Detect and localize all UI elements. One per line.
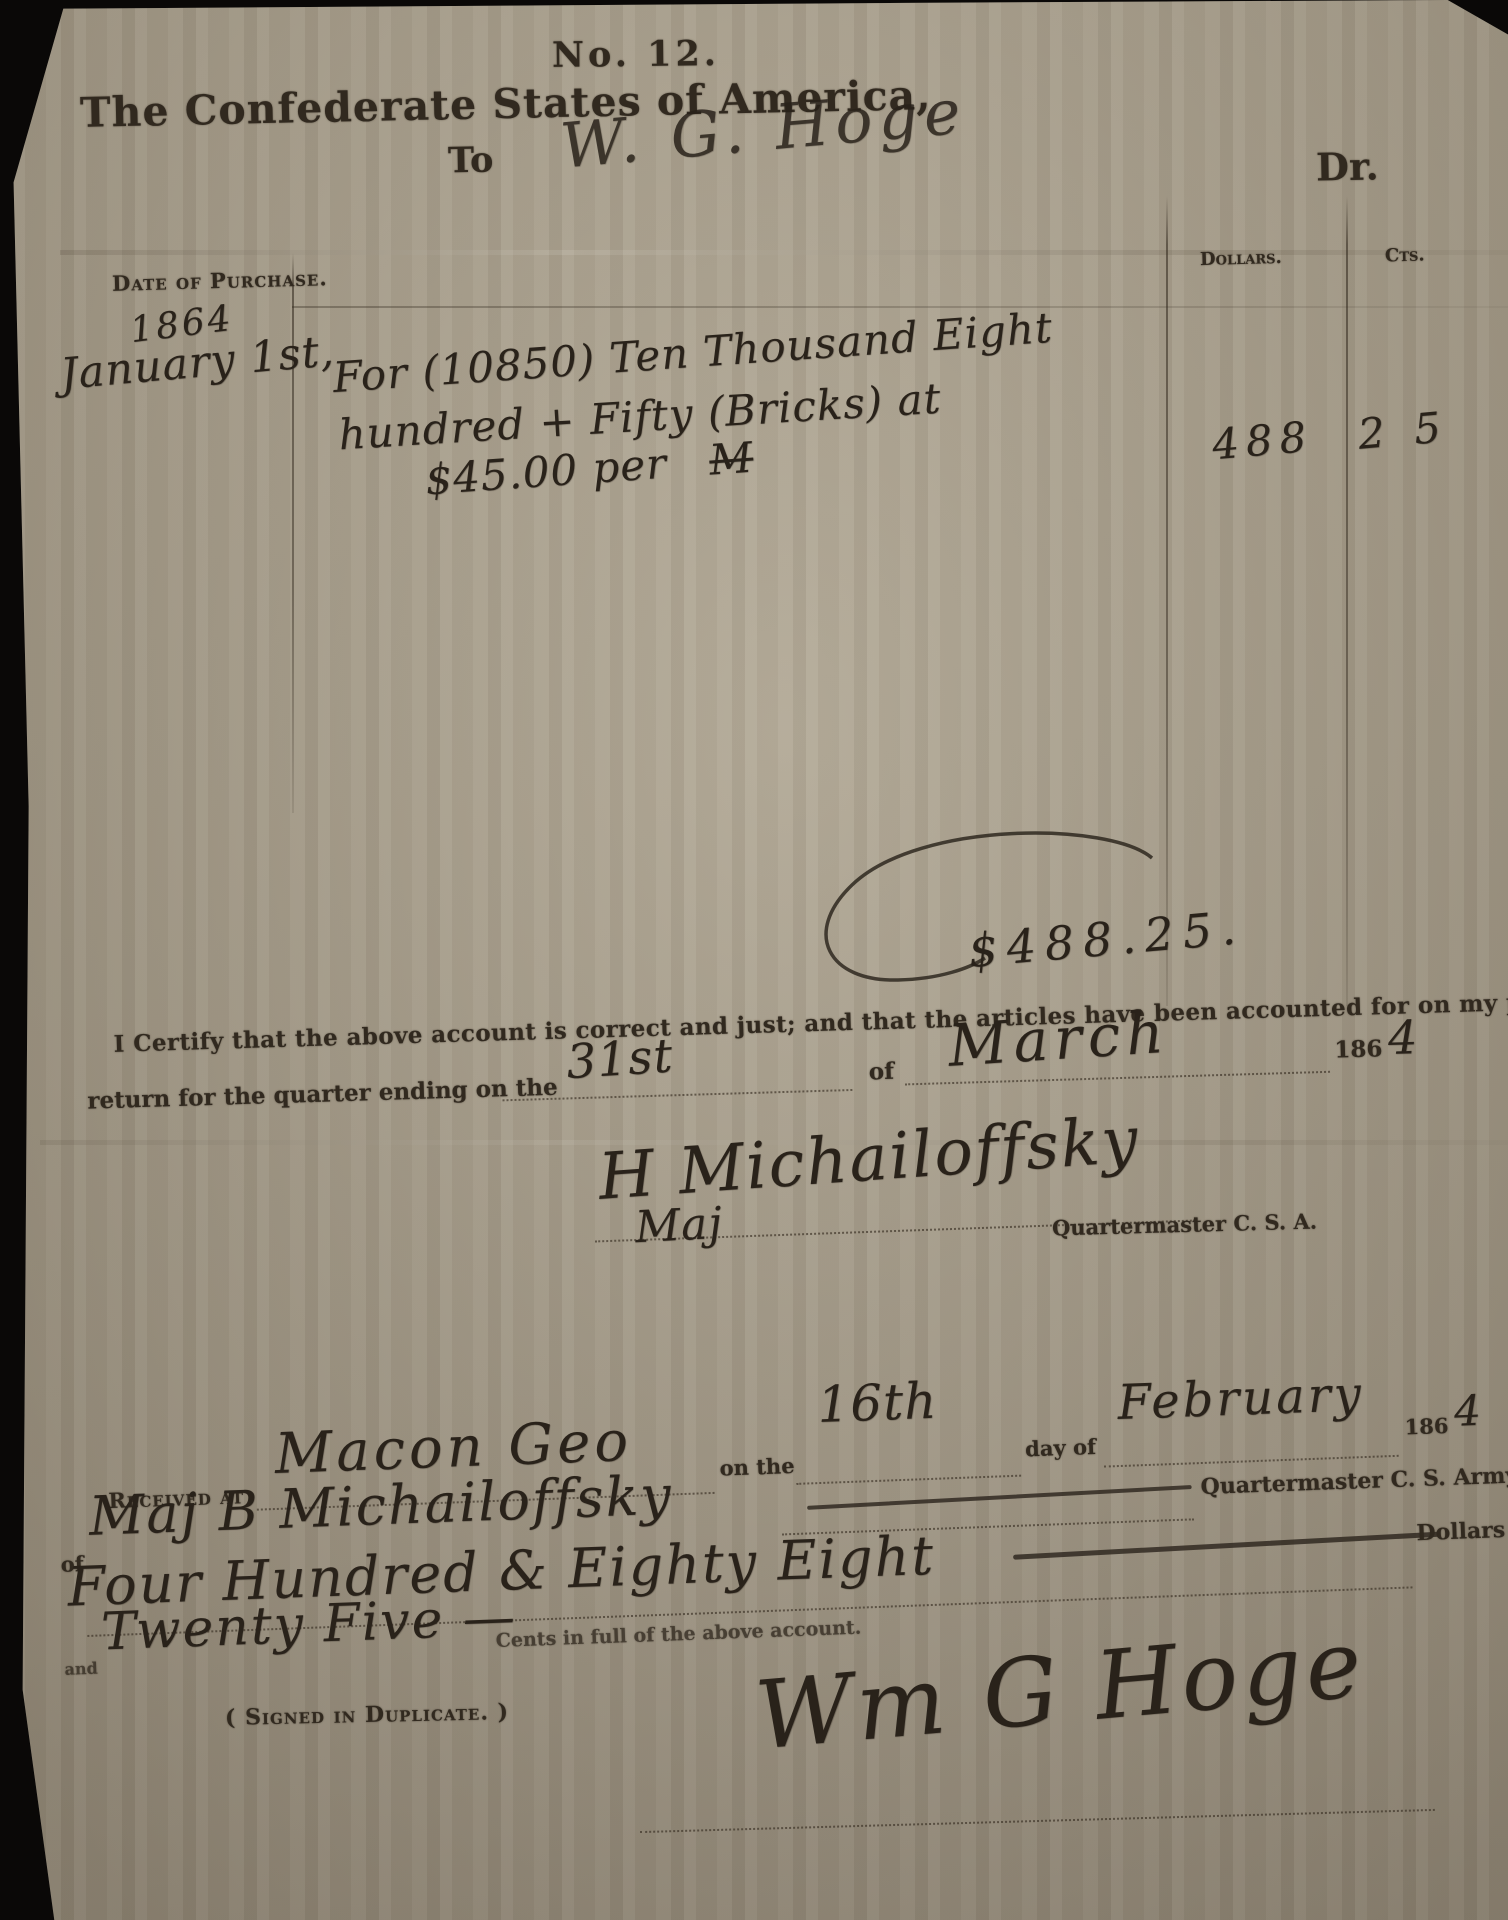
- quarter-month-handwritten: March: [946, 998, 1171, 1080]
- on-the-label: on the: [719, 1453, 795, 1481]
- quartermaster-csa-label: Quartermaster C. S. A.: [1052, 1209, 1318, 1241]
- fill-line: [796, 1473, 1021, 1485]
- certify-line2-label: return for the quarter ending on the: [87, 1074, 558, 1115]
- ink-dash: [1013, 1532, 1441, 1560]
- quartermaster-army-label: Quartermaster C. S. Army,: [1200, 1462, 1508, 1500]
- form-number: No. 12.: [552, 33, 720, 76]
- signature-line: [640, 1807, 1435, 1833]
- day-of-label: day of: [1025, 1434, 1097, 1462]
- quarter-day-handwritten: 31st: [565, 1028, 675, 1090]
- cents-in-full-label: Cents in full of the above account.: [495, 1617, 861, 1652]
- year-digit-handwritten: 4: [1453, 1386, 1483, 1436]
- date-of-purchase-header: Date of Purchase.: [112, 265, 328, 296]
- dollars-header: Dollars.: [1200, 247, 1282, 270]
- entry-dollars-value: 488: [1210, 412, 1315, 470]
- printed-year-prefix: 186: [1404, 1413, 1449, 1440]
- and-label: and: [64, 1659, 98, 1679]
- table-rule-vertical: [1346, 196, 1348, 1006]
- cts-header: Cts.: [1385, 244, 1425, 266]
- struck-word: M: [707, 433, 754, 485]
- year-digit-handwritten: 4: [1387, 1010, 1419, 1065]
- entry-description-line1: For (10850) Ten Thousand Eight: [331, 303, 1054, 402]
- received-day-handwritten: 16th: [816, 1372, 938, 1434]
- to-label: To: [448, 140, 494, 182]
- signed-in-duplicate-note: ( Signed in Duplicate. ): [225, 1699, 510, 1731]
- paper-crease: [60, 250, 1508, 255]
- dollars-label: Dollars: [1416, 1517, 1506, 1546]
- of-label: of: [868, 1058, 894, 1086]
- dr-label: Dr.: [1316, 143, 1379, 189]
- photographed-document: No. 12. The Confederate States of Americ…: [0, 0, 1508, 1920]
- rank-handwritten: Maj: [634, 1198, 724, 1254]
- fill-line: [1104, 1453, 1399, 1468]
- table-rule-horizontal: [292, 306, 1508, 308]
- entry-cents-value: 2 5: [1356, 402, 1451, 459]
- entry-date-handwritten: January 1st,: [58, 326, 336, 400]
- received-month-handwritten: February: [1117, 1366, 1365, 1431]
- ink-dash: [807, 1485, 1192, 1510]
- paper-sheet: No. 12. The Confederate States of Americ…: [0, 0, 1508, 1920]
- printed-year-prefix: 186: [1334, 1035, 1383, 1063]
- payer-name-handwritten: Maj B Michailoffsky: [88, 1463, 674, 1547]
